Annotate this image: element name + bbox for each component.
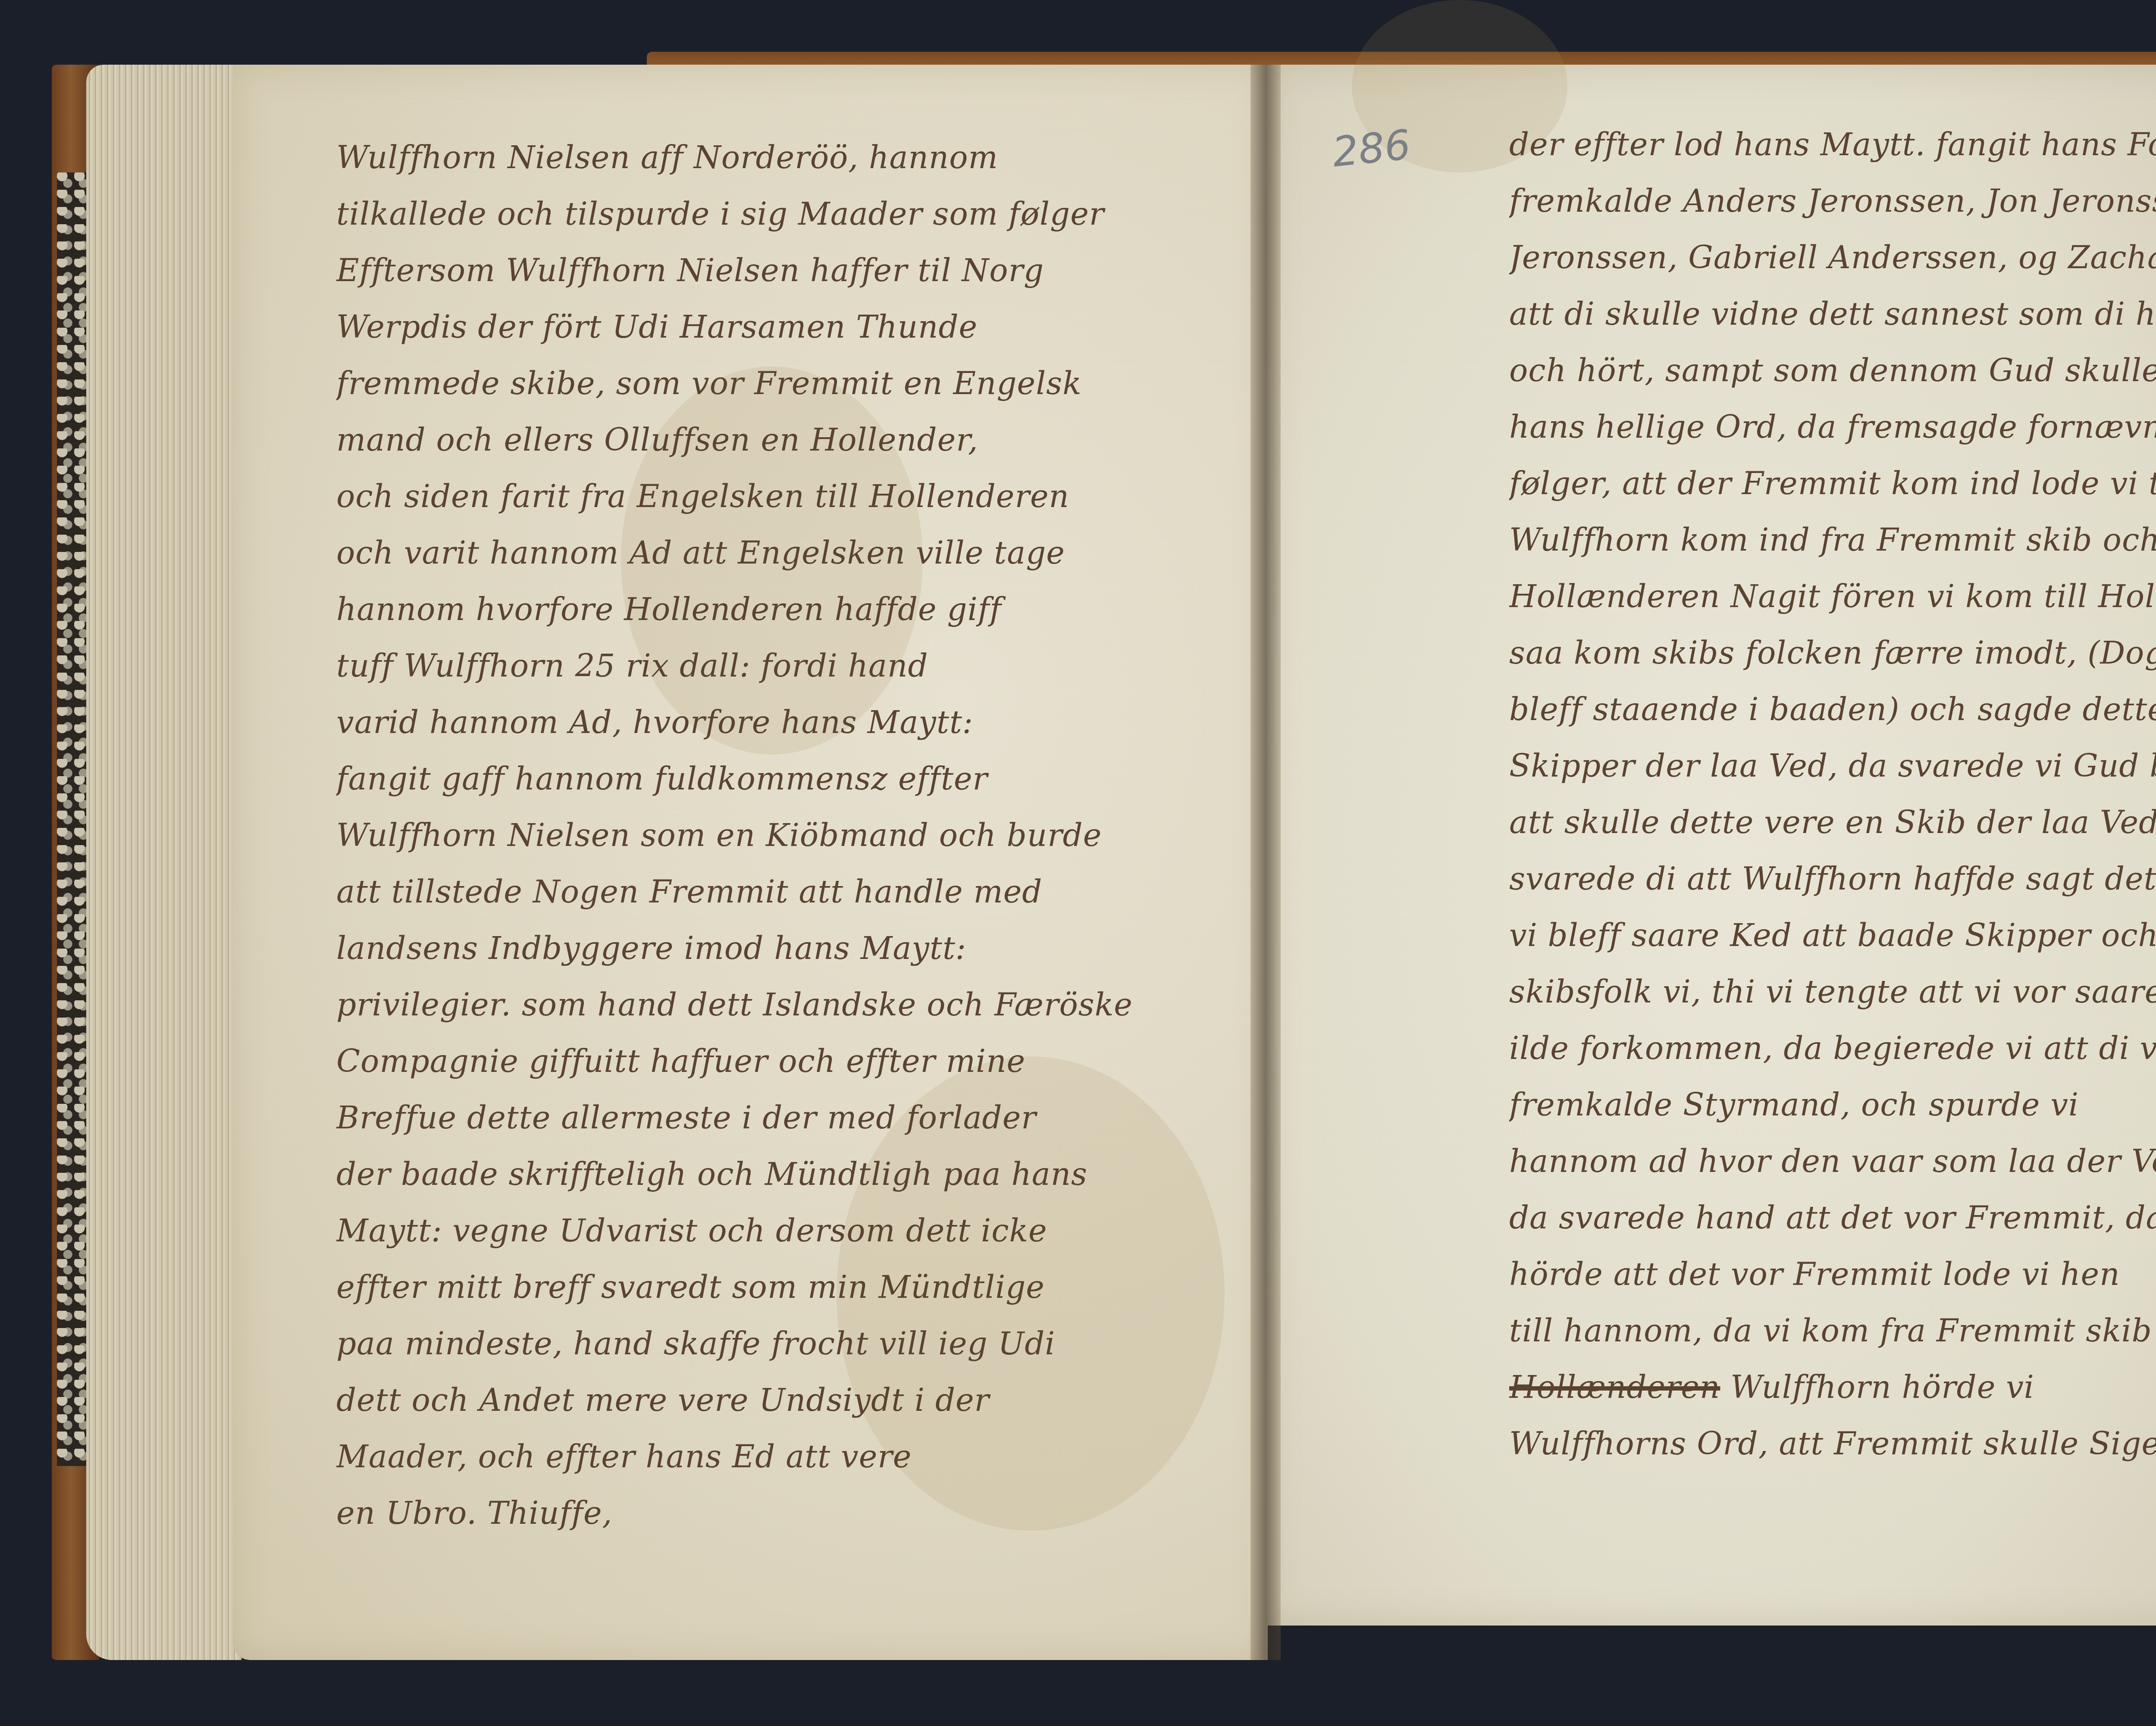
manuscript-line: och hört, sampt som dennom Gud skulle hi… [1509,342,2156,399]
book-gutter [1250,65,1281,1660]
folio-number: 286 [1330,121,1413,176]
manuscript-line: Wulffhorn Nielsen aff Norderöö, hannom [336,129,1242,186]
manuscript-line: fremkalde Styrmand, och spurde vi [1509,1077,2156,1133]
manuscript-line: fremmede skibe, som vor Fremmit en Engel… [336,355,1242,412]
left-page-text: Wulffhorn Nielsen aff Norderöö, hannom t… [336,129,1242,1541]
manuscript-line: bleff staaende i baaden) och sagde dette… [1509,681,2156,738]
manuscript-line: Werpdis der fört Udi Harsamen Thunde [336,299,1242,355]
manuscript-line: att skulle dette vere en Skib der laa Ve… [1509,794,2156,851]
manuscript-line: der effter lod hans Maytt. fangit hans F… [1509,116,2156,173]
manuscript-line: fremkalde Anders Jeronssen, Jon Jeronsse… [1509,173,2156,229]
manuscript-line: Breffue dette allermeste i der med forla… [336,1090,1242,1146]
manuscript-line: dett och Andet mere vere Undsiydt i der [336,1372,1242,1428]
page-stack-left [86,65,241,1660]
manuscript-line: hannom ad hvor den vaar som laa der Ved [1509,1133,2156,1190]
manuscript-line: da svarede hand att det vor Fremmit, da … [1509,1190,2156,1246]
manuscript-line: tuff Wulffhorn 25 rix dall: fordi hand [336,638,1242,694]
manuscript-line: och varit hannom Ad att Engelsken ville … [336,525,1242,581]
struck-word: Hollænderen [1509,1369,1720,1405]
manuscript-line: Compagnie giffuitt haffuer och effter mi… [336,1033,1242,1090]
manuscript-line: Wulffhorn Nielsen som en Kiöbmand och bu… [336,807,1242,864]
manuscript-line: landsens Indbyggere imod hans Maytt: [336,920,1242,977]
manuscript-line: varid hannom Ad, hvorfore hans Maytt: [336,694,1242,751]
manuscript-line: paa mindeste, hand skaffe frocht vill ie… [336,1316,1242,1372]
manuscript-line: Efftersom Wulffhorn Nielsen haffer til N… [336,242,1242,299]
marbled-endpaper [57,172,87,1466]
manuscript-line: att tillstede Nogen Fremmit att handle m… [336,864,1242,920]
manuscript-line-with-strikethrough: Hollænderen Wulffhorn hörde vi [1509,1359,2156,1416]
manuscript-line: Wulffhorn kom ind fra Fremmit skib och f… [1509,512,2156,568]
manuscript-line: vi bleff saare Ked att baade Skipper och [1509,907,2156,964]
line-remainder: Wulffhorn hörde vi [1730,1369,2034,1405]
manuscript-line: Hollænderen Nagit fören vi kom till Holl… [1509,568,2156,625]
manuscript-line: hannom hvorfore Hollenderen haffde giff [336,581,1242,638]
manuscript-line: der baade skriffteligh och Mündtligh paa… [336,1146,1242,1203]
manuscript-line: følger, att der Fremmit kom ind lode vi … [1509,455,2156,512]
manuscript-line: Maader, och effter hans Ed att vere [336,1428,1242,1485]
manuscript-line: fangit gaff hannom fuldkommensz effter [336,751,1242,807]
manuscript-line: saa kom skibs folcken færre imodt, (Dog … [1509,625,2156,681]
manuscript-line: Jeronssen, Gabriell Anderssen, og Zachar… [1509,229,2156,286]
manuscript-line: privilegier. som hand dett Islandske och… [336,977,1242,1033]
manuscript-line: ilde forkommen, da begierede vi att di v… [1509,1020,2156,1077]
manuscript-line: till hannom, da vi kom fra Fremmit skib … [1509,1303,2156,1359]
manuscript-line: effter mitt breff svaredt som min Mündtl… [336,1259,1242,1316]
manuscript-line: Skipper der laa Ved, da svarede vi Gud b… [1509,738,2156,794]
manuscript-line: mand och ellers Olluffsen en Hollender, [336,412,1242,468]
manuscript-line: hans hellige Ord, da fremsagde fornævnte… [1509,399,2156,455]
manuscript-line: Wulffhorns Ord, att Fremmit skulle Sige [1509,1416,2156,1472]
manuscript-line: en Ubro. Thiuffe, [336,1485,1242,1541]
manuscript-line: tilkallede och tilspurde i sig Maader so… [336,186,1242,242]
manuscript-line: hörde att det vor Fremmit lode vi hen [1509,1246,2156,1303]
manuscript-line: skibsfolk vi, thi vi tengte att vi vor s… [1509,964,2156,1020]
manuscript-line: svarede di att Wulffhorn haffde sagt det… [1509,851,2156,907]
right-page-text: der effter lod hans Maytt. fangit hans F… [1509,116,2156,1472]
manuscript-line: Maytt: vegne Udvarist och dersom dett ic… [336,1203,1242,1259]
open-manuscript-book: 286 Wulffhorn Nielsen aff Norderöö, hann… [0,0,2156,1726]
manuscript-line: och siden farit fra Engelsken till Holle… [336,468,1242,525]
manuscript-line: att di skulle vidne dett sannest som di … [1509,286,2156,342]
